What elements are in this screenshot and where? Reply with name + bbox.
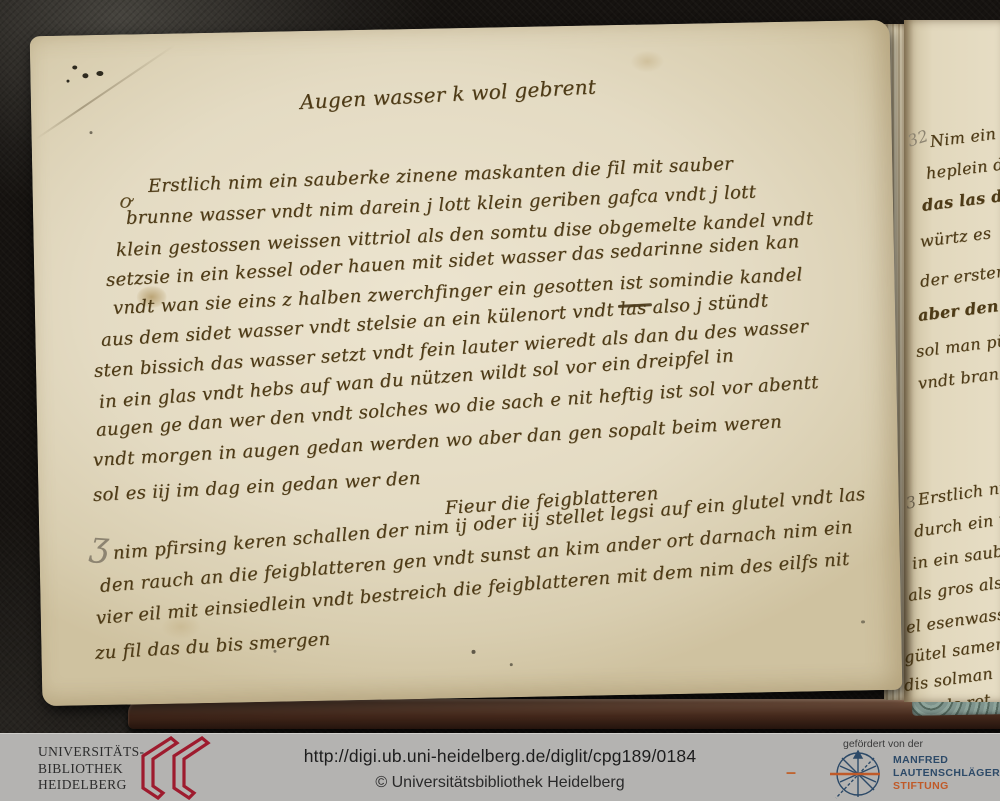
foundation-name-line: LAUTENSCHLÄGER — [893, 767, 1000, 780]
ink-speck — [96, 71, 103, 76]
ink-speck — [510, 663, 513, 666]
manuscript-line: gütel samen — [904, 634, 1000, 667]
manuscript-line: durch ein t — [913, 509, 1000, 541]
page-corner-crease — [35, 44, 175, 140]
manuscript-line: Nim ein e — [929, 122, 1000, 151]
ink-speck — [861, 620, 865, 623]
ink-speck — [89, 131, 92, 134]
lautenschlaeger-stiftung-logo — [828, 748, 888, 801]
digitized-manuscript-view: 32 Nim ein e heplein d das las des würtz… — [0, 0, 1000, 801]
manuscript-line: das las des — [921, 184, 1000, 215]
manuscript-line: in ein saub — [911, 541, 1000, 573]
manuscript-line: vndt bran — [917, 364, 1000, 393]
paper-stain — [630, 50, 664, 73]
margin-mark: ʒ — [89, 524, 111, 565]
foundation-name-line: STIFTUNG — [893, 780, 1000, 793]
caption-bar: UNIVERSITÄTS- BIBLIOTHEK HEIDELBERG http… — [0, 733, 1000, 801]
manuscript-line: der ersten — [919, 261, 1000, 290]
manuscript-line: heplein d — [925, 155, 1000, 183]
right-page-section-mark: 3 — [904, 492, 918, 513]
manuscript-line: als gros als z — [907, 571, 1000, 605]
manuscript-line: sol man püng — [915, 328, 1000, 361]
ink-speck — [66, 80, 69, 83]
dash-mark: – — [786, 762, 796, 783]
right-page-folio-mark: 32 — [905, 126, 931, 151]
right-page-partial: 32 Nim ein e heplein d das las des würtz… — [904, 20, 1000, 702]
ink-speck — [82, 73, 88, 78]
manuscript-line: el esenwass — [905, 604, 1000, 637]
manuscript-line: Erstlich ni — [917, 478, 1000, 509]
ink-speck — [72, 65, 77, 69]
book-binding-edge — [128, 699, 1000, 729]
compass-rose-icon — [828, 748, 888, 801]
manuscript-line: würtz es — [919, 223, 992, 251]
foundation-name: MANFRED LAUTENSCHLÄGER STIFTUNG — [893, 754, 1000, 793]
manuscript-line: aber den — [917, 296, 1000, 325]
foundation-name-line: MANFRED — [893, 754, 1000, 767]
ink-speck — [472, 650, 476, 654]
